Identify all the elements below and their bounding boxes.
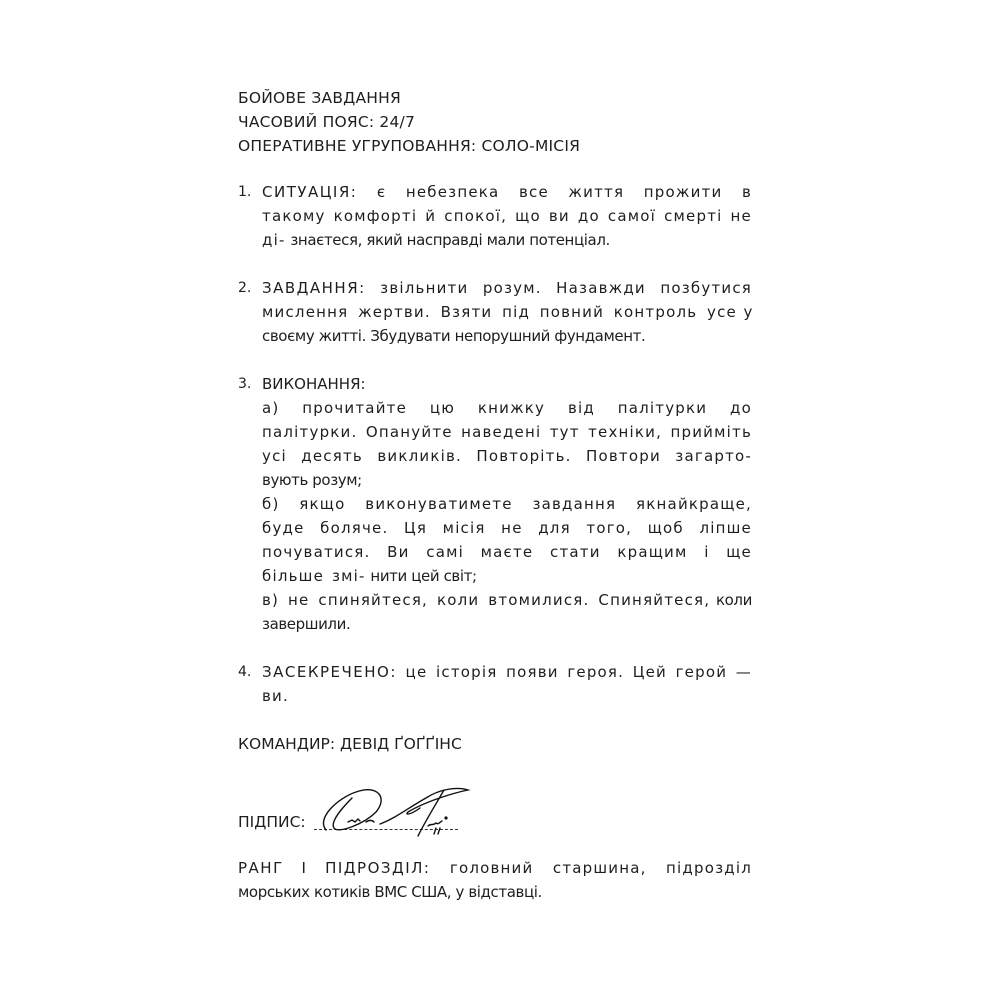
subitem-a: а) прочитайте цю книжку від палітурки до… xyxy=(262,396,752,492)
rank-and-unit: РАНГ І ПІДРОЗДІЛ: головний старшина, під… xyxy=(238,856,752,904)
section-label: ЗАСЕКРЕЧЕНО: xyxy=(262,663,397,681)
section-situation: 1. СИТУАЦІЯ: є небезпека все життя прожи… xyxy=(238,180,752,252)
signature-label: ПІДПИС: xyxy=(238,810,306,834)
section-execution: 3. ВИКОНАННЯ: а) прочитайте цю книжку ві… xyxy=(238,372,752,636)
section-number: 2. xyxy=(238,276,251,300)
section-number: 3. xyxy=(238,372,251,396)
subitem-b: б) якщо виконуватимете завдання якнайкра… xyxy=(262,492,752,588)
commander-line: КОМАНДИР: ДЕВІД ҐОҐҐІНС xyxy=(238,732,752,756)
book-page: БОЙОВЕ ЗАВДАННЯ ЧАСОВИЙ ПОЯС: 24/7 ОПЕРА… xyxy=(238,86,752,904)
mission-header: БОЙОВЕ ЗАВДАННЯ ЧАСОВИЙ ПОЯС: 24/7 ОПЕРА… xyxy=(238,86,752,158)
signature-icon xyxy=(308,778,488,838)
section-task: 2. ЗАВДАННЯ: звільнити розум. Назавжди п… xyxy=(238,276,752,348)
rank-label: РАНГ І ПІДРОЗДІЛ: xyxy=(238,859,430,877)
section-number: 4. xyxy=(238,660,251,684)
mission-title: БОЙОВЕ ЗАВДАННЯ xyxy=(238,86,752,110)
time-zone: ЧАСОВИЙ ПОЯС: 24/7 xyxy=(238,110,752,134)
section-text-end: знаєтеся, який насправді мали потенціал. xyxy=(290,231,610,249)
section-classified: 4. ЗАСЕКРЕЧЕНО: це історія появи героя. … xyxy=(238,660,752,708)
subitem-c: в) не спиняйтеся, коли втомилися. Спиняй… xyxy=(262,588,752,636)
section-label: ЗАВДАННЯ: xyxy=(262,279,366,297)
section-number: 1. xyxy=(238,180,251,204)
operational-group: ОПЕРАТИВНЕ УГРУПОВАННЯ: СОЛО-МІСІЯ xyxy=(238,134,752,158)
signature-row: ПІДПИС: xyxy=(238,778,752,842)
section-label: СИТУАЦІЯ: xyxy=(262,183,357,201)
section-label: ВИКОНАННЯ: xyxy=(262,375,366,393)
